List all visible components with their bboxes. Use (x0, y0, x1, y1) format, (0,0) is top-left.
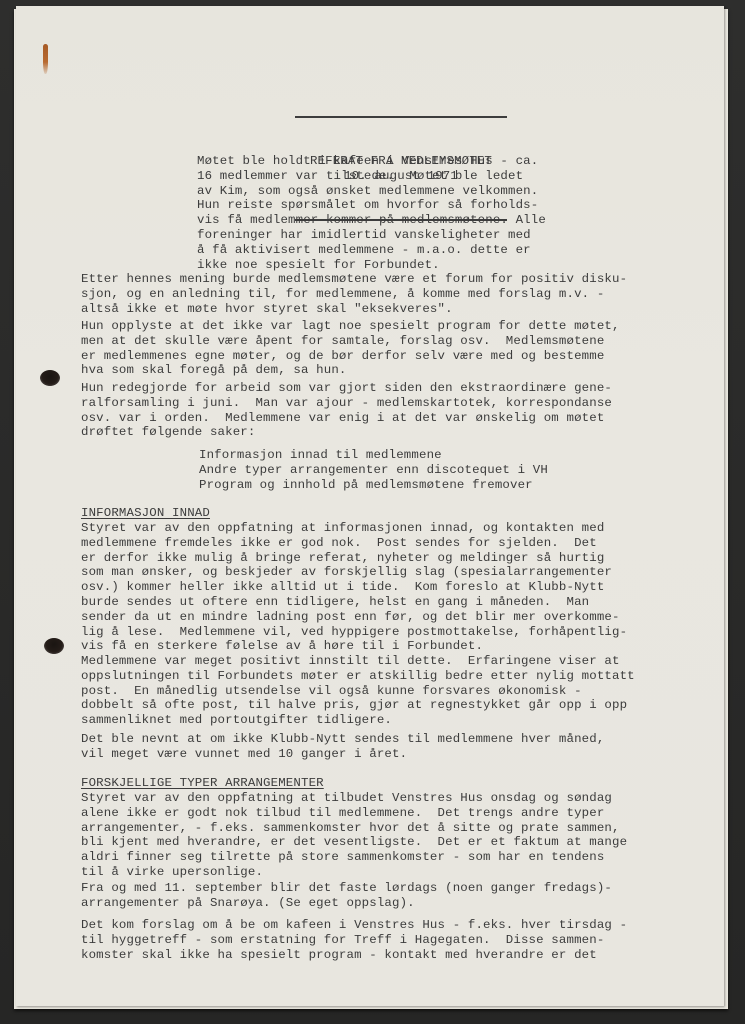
text-line: aldri finner seg tilrette på store samme… (81, 850, 627, 865)
section-heading-informasjon: INFORMASJON INNAD (81, 506, 210, 521)
paragraph-forum: Etter hennes mening burde medlemsmøtene … (81, 272, 627, 316)
text-line: dobbelt så ofte post, til halve pris, gj… (81, 698, 635, 713)
paragraph-klubb-nytt: Det ble nevnt at om ikke Klubb-Nytt send… (81, 732, 604, 762)
agenda-item: Andre typer arrangementer enn discoteque… (199, 463, 548, 478)
text-line: hva som skal foregå på dem, sa hun. (81, 363, 620, 378)
text-line: foreninger har imidlertid vanskeligheter… (197, 228, 546, 243)
text-line: Det ble nevnt at om ikke Klubb-Nytt send… (81, 732, 604, 747)
agenda-item: Informasjon innad til medlemmene (199, 448, 548, 463)
text-line: sjon, og en anledning til, for medlemmen… (81, 287, 627, 302)
text-line: bli kjent med hverandre, er det vesentli… (81, 835, 627, 850)
text-line: vil meget være vunnet med 10 ganger i år… (81, 747, 604, 762)
text-line: arrangementer, - f.eks. sammenkomster hv… (81, 821, 627, 836)
text-line: til å virke upersonlige. (81, 865, 627, 880)
text-line: Fra og med 11. september blir det faste … (81, 881, 612, 896)
text-line: sender da ut en mindre ladning post enn … (81, 610, 627, 625)
text-line: er derfor ikke mulig å bringe referat, n… (81, 551, 627, 566)
document-page: REFERAT FRA MEDLEMSMØTET 10. august 1971… (16, 6, 724, 1006)
text-line: vis få en sterkere følelse av å høre til… (81, 639, 627, 654)
punch-hole-lower (44, 638, 64, 654)
text-line: ralforsamling i juni. Man var ajour - me… (81, 396, 612, 411)
text-line: vis få medlemmer kommer på medlemsmøtene… (197, 213, 546, 228)
text-line: Møtet ble holdt i kafeen i Venstres Hus … (197, 154, 546, 169)
paragraph-information: Styret var av den oppfatning at informas… (81, 521, 627, 654)
text-line: altså ikke et møte hvor styret skal "eks… (81, 302, 627, 317)
paragraph-snaroya: Fra og med 11. september blir det faste … (81, 881, 612, 911)
text-line: burde sendes ut oftere enn tidligere, he… (81, 595, 627, 610)
text-line: alene ikke er godt nok tilbud til medlem… (81, 806, 627, 821)
text-line: Hun redegjorde for arbeid som var gjort … (81, 381, 612, 396)
text-line: arrangementer på Snarøya. (Se eget oppsl… (81, 896, 612, 911)
text-line: osv.) kommer heller ikke alltid ut i tid… (81, 580, 627, 595)
text-line: Styret var av den oppfatning at tilbudet… (81, 791, 627, 806)
text-line: av Kim, som også ønsket medlemmene velko… (197, 184, 546, 199)
punch-hole-upper (40, 370, 60, 386)
text-line: Etter hennes mening burde medlemsmøtene … (81, 272, 627, 287)
text-line: ikke noe spesielt for Forbundet. (197, 258, 546, 273)
text-line: medlemmene fremdeles ikke er god nok. Po… (81, 536, 627, 551)
agenda-item: Program og innhold på medlemsmøtene frem… (199, 478, 548, 493)
paragraph-member-response: Medlemmene var meget positivt innstilt t… (81, 654, 635, 728)
text-line: til hyggetreff - som erstatning for Tref… (81, 933, 627, 948)
text-line: drøftet følgende saker: (81, 425, 612, 440)
text-line: er medlemmenes egne møter, og de bør der… (81, 349, 620, 364)
text-line: å få aktivisert medlemmene - m.a.o. dett… (197, 243, 546, 258)
section-heading-arrangementer: FORSKJELLIGE TYPER ARRANGEMENTER (81, 776, 324, 791)
text-line: Hun reiste spørsmålet om hvorfor så forh… (197, 198, 546, 213)
text-line: osv. var i orden. Medlemmene var enig i … (81, 411, 612, 426)
title-rule-top (295, 116, 507, 118)
text-line: Medlemmene var meget positivt innstilt t… (81, 654, 635, 669)
paragraph-arrangements: Styret var av den oppfatning at tilbudet… (81, 791, 627, 880)
text-line: post. En månedlig utsendelse vil også ku… (81, 684, 635, 699)
paragraph-kafeen: Det kom forslag om å be om kafeen i Vens… (81, 918, 627, 962)
text-line: sammenliknet med portoutgifter tidligere… (81, 713, 635, 728)
paragraph-program: Hun opplyste at det ikke var lagt noe sp… (81, 319, 620, 378)
rust-stain (43, 44, 48, 74)
agenda-list: Informasjon innad til medlemmeneAndre ty… (199, 448, 548, 492)
text-line: men at det skulle være åpent for samtale… (81, 334, 620, 349)
text-line: Styret var av den oppfatning at informas… (81, 521, 627, 536)
text-line: 16 medlemmer var tilstede. Møtet ble led… (197, 169, 546, 184)
paragraph-general-assembly: Hun redegjorde for arbeid som var gjort … (81, 381, 612, 440)
text-line: komster skal ikke ha spesielt program - … (81, 948, 627, 963)
text-line: Hun opplyste at det ikke var lagt noe sp… (81, 319, 620, 334)
text-line: Det kom forslag om å be om kafeen i Vens… (81, 918, 627, 933)
text-line: lig å lese. Medlemmene vil, ved hyppiger… (81, 625, 627, 640)
text-line: oppslutningen til Forbundets møter er at… (81, 669, 635, 684)
text-line: som man ønsker, og beskjeder av forskjel… (81, 565, 627, 580)
intro-paragraph: Møtet ble holdt i kafeen i Venstres Hus … (197, 154, 546, 272)
